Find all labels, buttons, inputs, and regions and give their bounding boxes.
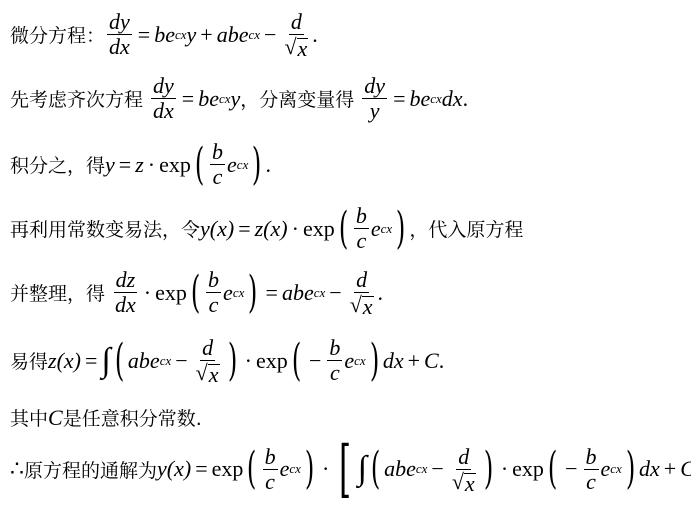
fraction-d-sqrtx: d √x: [282, 10, 310, 59]
equation-line-3: 积分之，得 y = z · exp ( b c ecx ) .: [10, 140, 271, 189]
label-text: 微分方程：: [10, 21, 105, 48]
equation-line-8: ∴ 原方程的通解为 y(x) = exp ( b c ecx ) · [ ∫ (…: [10, 438, 691, 500]
equation-line-7: 其中 C 是任意积分常数.: [10, 404, 202, 431]
equation-line-1: 微分方程： dy dx = becx y + abecx − d √x .: [10, 10, 318, 59]
therefore-symbol: ∴: [10, 456, 24, 482]
equation-line-2: 先考虑齐次方程 dy dx = becx y ，分离变量得 dy y = bec…: [10, 74, 468, 123]
equation-line-4: 再利用常数变易法，令 y(x) = z(x) · exp ( b c ecx )…: [10, 204, 523, 253]
equation-line-6: 易得 z(x) = ∫ ( abecx − d √x ) · exp ( − b…: [10, 336, 444, 385]
fraction-dy-dx: dy dx: [107, 10, 132, 59]
equation-line-5: 并整理，得 dz dx · exp ( b c ecx ) = abecx − …: [10, 268, 383, 317]
